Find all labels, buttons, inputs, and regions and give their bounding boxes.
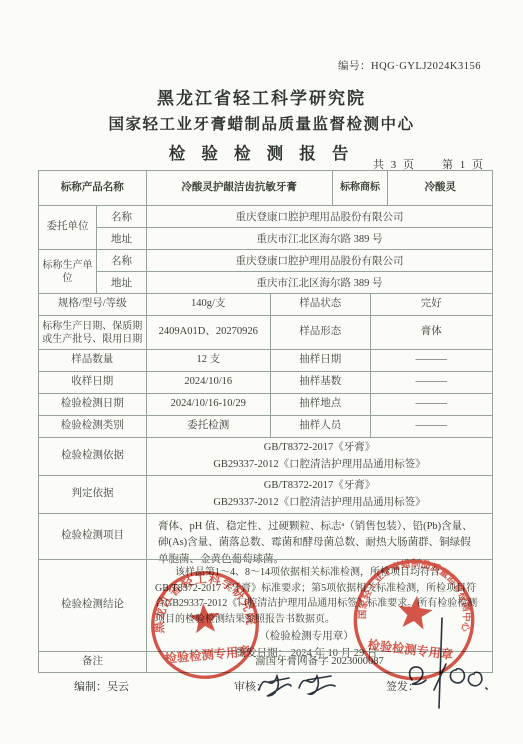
table-row: 检验检测依据 GB/T8372-2017《牙膏》 GB29337-2012《口腔… <box>39 437 492 475</box>
test-basis-value: GB/T8372-2017《牙膏》 GB29337-2012《口腔清洁护理用品通… <box>146 438 492 475</box>
table-row: 检验检测日期 2024/10/16-10/29 抽样地点 ——— <box>39 393 492 415</box>
client-address-value: 重庆市江北区海尔路 389 号 <box>146 228 492 249</box>
client-address-row: 地址 重庆市江北区海尔路 389 号 <box>96 227 492 249</box>
institute-name: 黑龙江省轻工科学研究院 <box>0 84 523 109</box>
judge-basis-line1: GB/T8372-2017《牙膏》 <box>264 478 375 495</box>
sample-state-value: 完好 <box>370 294 492 315</box>
conclusion-label: 检验检测结论 <box>39 560 146 651</box>
producer-address-row: 地址 重庆市江北区海尔路 389 号 <box>96 271 492 293</box>
table-row: 标称产品名称 冷酸灵护龈洁齿抗敏牙膏 标称商标 冷酸灵 <box>39 171 492 205</box>
table-row: 检验检测类别 委托检测 抽样人员 ——— <box>39 415 492 437</box>
test-center-name: 国家轻工业牙膏蜡制品质量监督检测中心 <box>0 112 523 134</box>
trademark-value: 冷酸灵 <box>387 171 492 205</box>
producer-address-value: 重庆市江北区海尔路 389 号 <box>146 272 492 293</box>
sampling-date-label: 抽样日期 <box>270 350 370 371</box>
table-row: 判定依据 GB/T8372-2017《牙膏》 GB29337-2012《口腔清洁… <box>39 475 492 513</box>
prod-date-label: 标称生产日期、保质期或生产批号、限用日期 <box>39 316 146 349</box>
client-name-label: 名称 <box>96 206 146 227</box>
test-type-label: 检验检测类别 <box>39 416 146 437</box>
test-date-label: 检验检测日期 <box>39 394 146 415</box>
spec-value: 140g/支 <box>146 294 270 315</box>
table-row: 委托单位 名称 重庆登康口腔护理用品股份有限公司 地址 重庆市江北区海尔路 38… <box>39 205 492 249</box>
client-label: 委托单位 <box>39 206 96 249</box>
sampling-person-value: ——— <box>370 416 492 437</box>
remark-label: 备注 <box>39 652 146 672</box>
test-basis-line2: GB29337-2012《口腔清洁护理用品通用标签》 <box>213 457 425 474</box>
sampling-place-value: ——— <box>370 394 492 415</box>
trademark-label: 标称商标 <box>332 171 388 205</box>
table-row: 样品数量 12 支 抽样日期 ——— <box>39 349 492 371</box>
producer-name-label: 名称 <box>96 250 146 271</box>
client-name-row: 名称 重庆登康口腔护理用品股份有限公司 <box>96 206 492 227</box>
sampling-person-label: 抽样人员 <box>270 416 370 437</box>
issuer-signature <box>398 612 490 712</box>
receive-date-label: 收样日期 <box>39 372 146 393</box>
table-row: 检验检测项目 膏体、pH 值、稳定性、过硬颗粒、标志ᵃ（销售包装）、铅(Pb)含… <box>39 513 492 559</box>
product-name-label: 标称产品名称 <box>39 171 146 205</box>
table-row: 标称生产单位 名称 重庆登康口腔护理用品股份有限公司 地址 重庆市江北区海尔路 … <box>39 249 492 293</box>
sampling-place-label: 抽样地点 <box>270 394 370 415</box>
report-page: 编号：HQG·GYLJ2024K3156 黑龙江省轻工科学研究院 国家轻工业牙膏… <box>0 0 523 744</box>
producer-address-label: 地址 <box>96 272 146 293</box>
judge-basis-label: 判定依据 <box>39 476 146 513</box>
reviewer-signature <box>255 666 341 702</box>
table-row: 收样日期 2024/10/16 抽样基数 ——— <box>39 371 492 393</box>
sample-state-label: 样品状态 <box>270 294 370 315</box>
producer-name-row: 名称 重庆登康口腔护理用品股份有限公司 <box>96 250 492 271</box>
producer-name-value: 重庆登康口腔护理用品股份有限公司 <box>146 250 492 271</box>
sampling-base-value: ——— <box>370 372 492 393</box>
spec-label: 规格/型号/等级 <box>39 294 146 315</box>
product-name-value: 冷酸灵护龈洁齿抗敏牙膏 <box>146 171 332 205</box>
sample-form-value: 膏体 <box>370 316 492 349</box>
test-date-value: 2024/10/16-10/29 <box>146 394 270 415</box>
report-table: 标称产品名称 冷酸灵护龈洁齿抗敏牙膏 标称商标 冷酸灵 委托单位 名称 重庆登康… <box>38 170 493 673</box>
test-basis-line1: GB/T8372-2017《牙膏》 <box>264 440 375 457</box>
test-basis-label: 检验检测依据 <box>39 438 146 475</box>
sample-qty-value: 12 支 <box>146 350 270 371</box>
table-row: 标称生产日期、保质期或生产批号、限用日期 2409A01D、20270926 样… <box>39 315 492 349</box>
seal-note: （检验检测专用章） <box>259 629 380 646</box>
producer-label: 标称生产单位 <box>39 250 96 293</box>
producer-group: 名称 重庆登康口腔护理用品股份有限公司 地址 重庆市江北区海尔路 389 号 <box>96 250 492 293</box>
test-items-value: 膏体、pH 值、稳定性、过硬颗粒、标志ᵃ（销售包装）、铅(Pb)含量、砷(As)… <box>146 514 492 559</box>
table-row: 规格/型号/等级 140g/支 样品状态 完好 <box>39 293 492 315</box>
report-number: 编号：HQG·GYLJ2024K3156 <box>338 58 481 73</box>
sample-qty-label: 样品数量 <box>39 350 146 371</box>
receive-date-value: 2024/10/16 <box>146 372 270 393</box>
judge-basis-value: GB/T8372-2017《牙膏》 GB29337-2012《口腔清洁护理用品通… <box>146 476 492 513</box>
client-group: 名称 重庆登康口腔护理用品股份有限公司 地址 重庆市江北区海尔路 389 号 <box>96 206 492 249</box>
sample-form-label: 样品形态 <box>270 316 370 349</box>
prod-date-value: 2409A01D、20270926 <box>146 316 270 349</box>
test-items-label: 检验检测项目 <box>39 514 146 559</box>
client-address-label: 地址 <box>96 228 146 249</box>
client-name-value: 重庆登康口腔护理用品股份有限公司 <box>146 206 492 227</box>
judge-basis-line2: GB29337-2012《口腔清洁护理用品通用标签》 <box>213 495 425 512</box>
prepared-by: 编制：吴云 <box>74 678 129 694</box>
test-type-value: 委托检测 <box>146 416 270 437</box>
sampling-date-value: ——— <box>370 350 492 371</box>
sampling-base-label: 抽样基数 <box>270 372 370 393</box>
